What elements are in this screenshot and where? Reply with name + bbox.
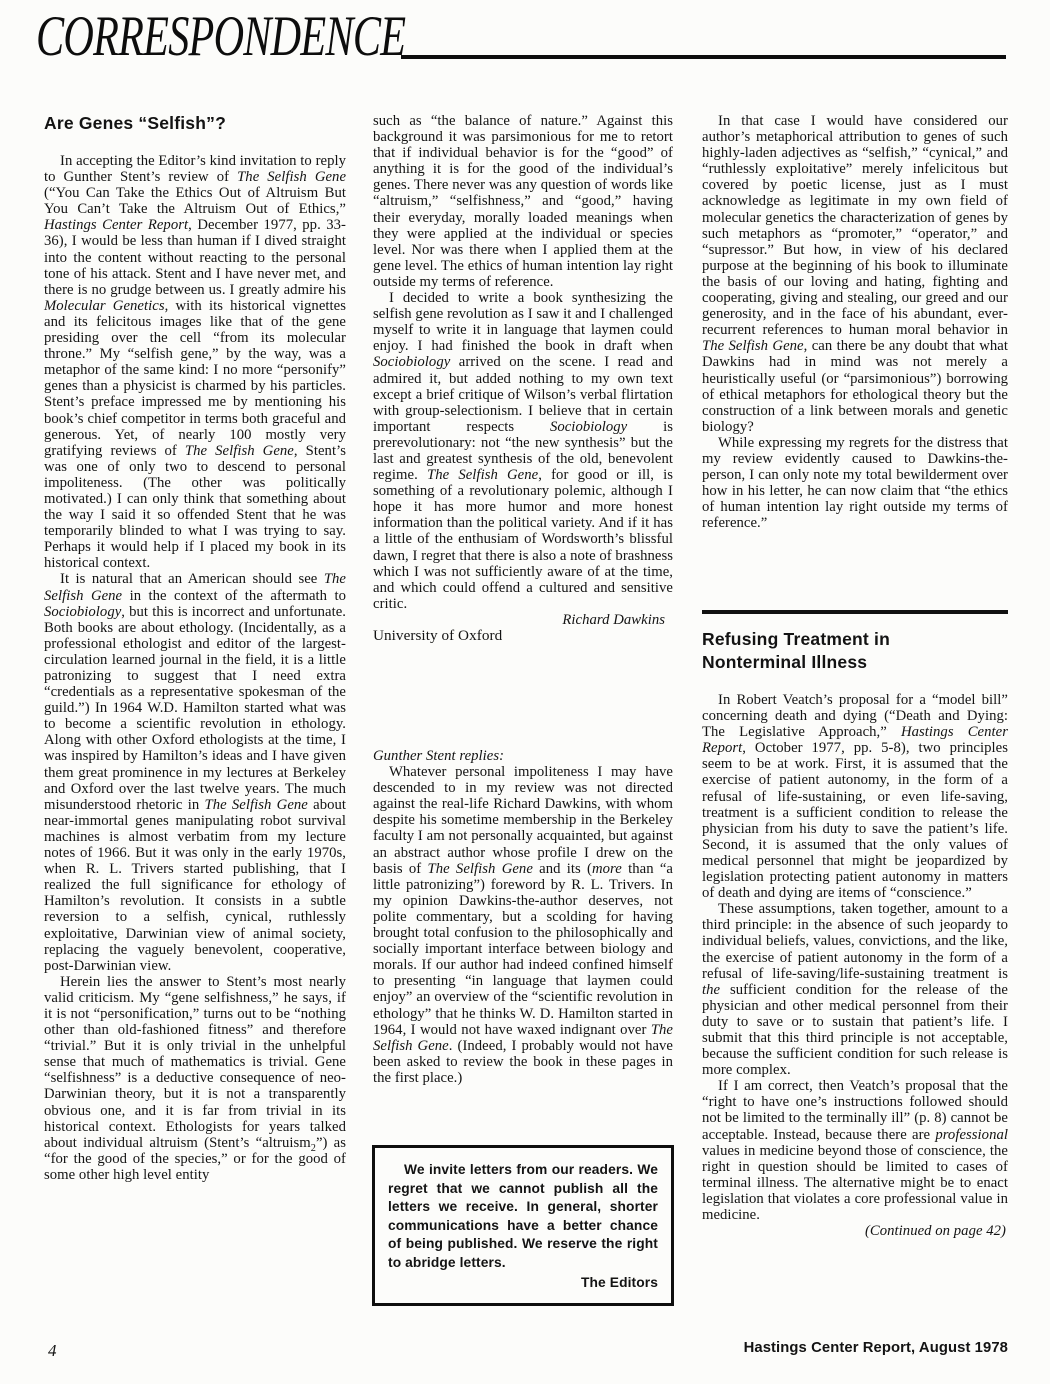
continued-note: (Continued on page 42) bbox=[702, 1223, 1008, 1239]
editors-box-text: We invite letters from our readers. We r… bbox=[388, 1161, 658, 1273]
letter-paragraph: In accepting the Editor’s kind invitatio… bbox=[44, 153, 346, 571]
letter2-title-line2: Nonterminal Illness bbox=[702, 652, 867, 672]
letter-paragraph: Herein lies the answer to Stent’s most n… bbox=[44, 974, 346, 1183]
letter-paragraph: It is natural that an American should se… bbox=[44, 571, 346, 973]
column-3-letter2: Refusing Treatment inNonterminal Illness… bbox=[702, 610, 1008, 1239]
editors-box-signature: The Editors bbox=[388, 1274, 658, 1293]
reply-paragraph: While expressing my regrets for the dist… bbox=[702, 435, 1008, 532]
masthead-title: CORRESPONDENCE bbox=[36, 6, 405, 68]
magazine-page: CORRESPONDENCE Are Genes “Selfish”? In a… bbox=[0, 0, 1050, 1384]
column-3-reply: In that case I would have considered our… bbox=[702, 113, 1008, 531]
letter-paragraph: These assumptions, taken together, amoun… bbox=[702, 901, 1008, 1078]
column-2-reply: Gunther Stent replies: Whatever personal… bbox=[373, 748, 673, 1086]
reply-paragraph: In that case I would have considered our… bbox=[702, 113, 1008, 435]
letter1-signature: Richard Dawkins bbox=[373, 612, 673, 628]
letter-paragraph: In Robert Veatch’s proposal for a “model… bbox=[702, 692, 1008, 901]
letter-paragraph: If I am correct, then Veatch’s proposal … bbox=[702, 1078, 1008, 1223]
footer-journal: Hastings Center Report, August 1978 bbox=[744, 1340, 1008, 1356]
letter1-title: Are Genes “Selfish”? bbox=[44, 112, 346, 134]
letter1-affiliation: University of Oxford bbox=[373, 628, 673, 644]
reply-paragraph: Whatever personal impoliteness I may hav… bbox=[373, 764, 673, 1086]
reply-heading: Gunther Stent replies: bbox=[373, 748, 673, 764]
editors-box: We invite letters from our readers. We r… bbox=[372, 1145, 674, 1306]
section-divider-rule bbox=[702, 610, 1008, 614]
letter-paragraph: such as “the balance of nature.” Against… bbox=[373, 113, 673, 290]
letter2-title-line1: Refusing Treatment in bbox=[702, 629, 890, 649]
letter-paragraph: I decided to write a book synthesizing t… bbox=[373, 290, 673, 612]
masthead-rule bbox=[401, 55, 1006, 59]
column-2-letter: such as “the balance of nature.” Against… bbox=[373, 113, 673, 644]
letter2-title: Refusing Treatment inNonterminal Illness bbox=[702, 628, 1008, 674]
column-1: Are Genes “Selfish”? In accepting the Ed… bbox=[44, 112, 346, 1183]
footer-page-number: 4 bbox=[48, 1341, 57, 1361]
